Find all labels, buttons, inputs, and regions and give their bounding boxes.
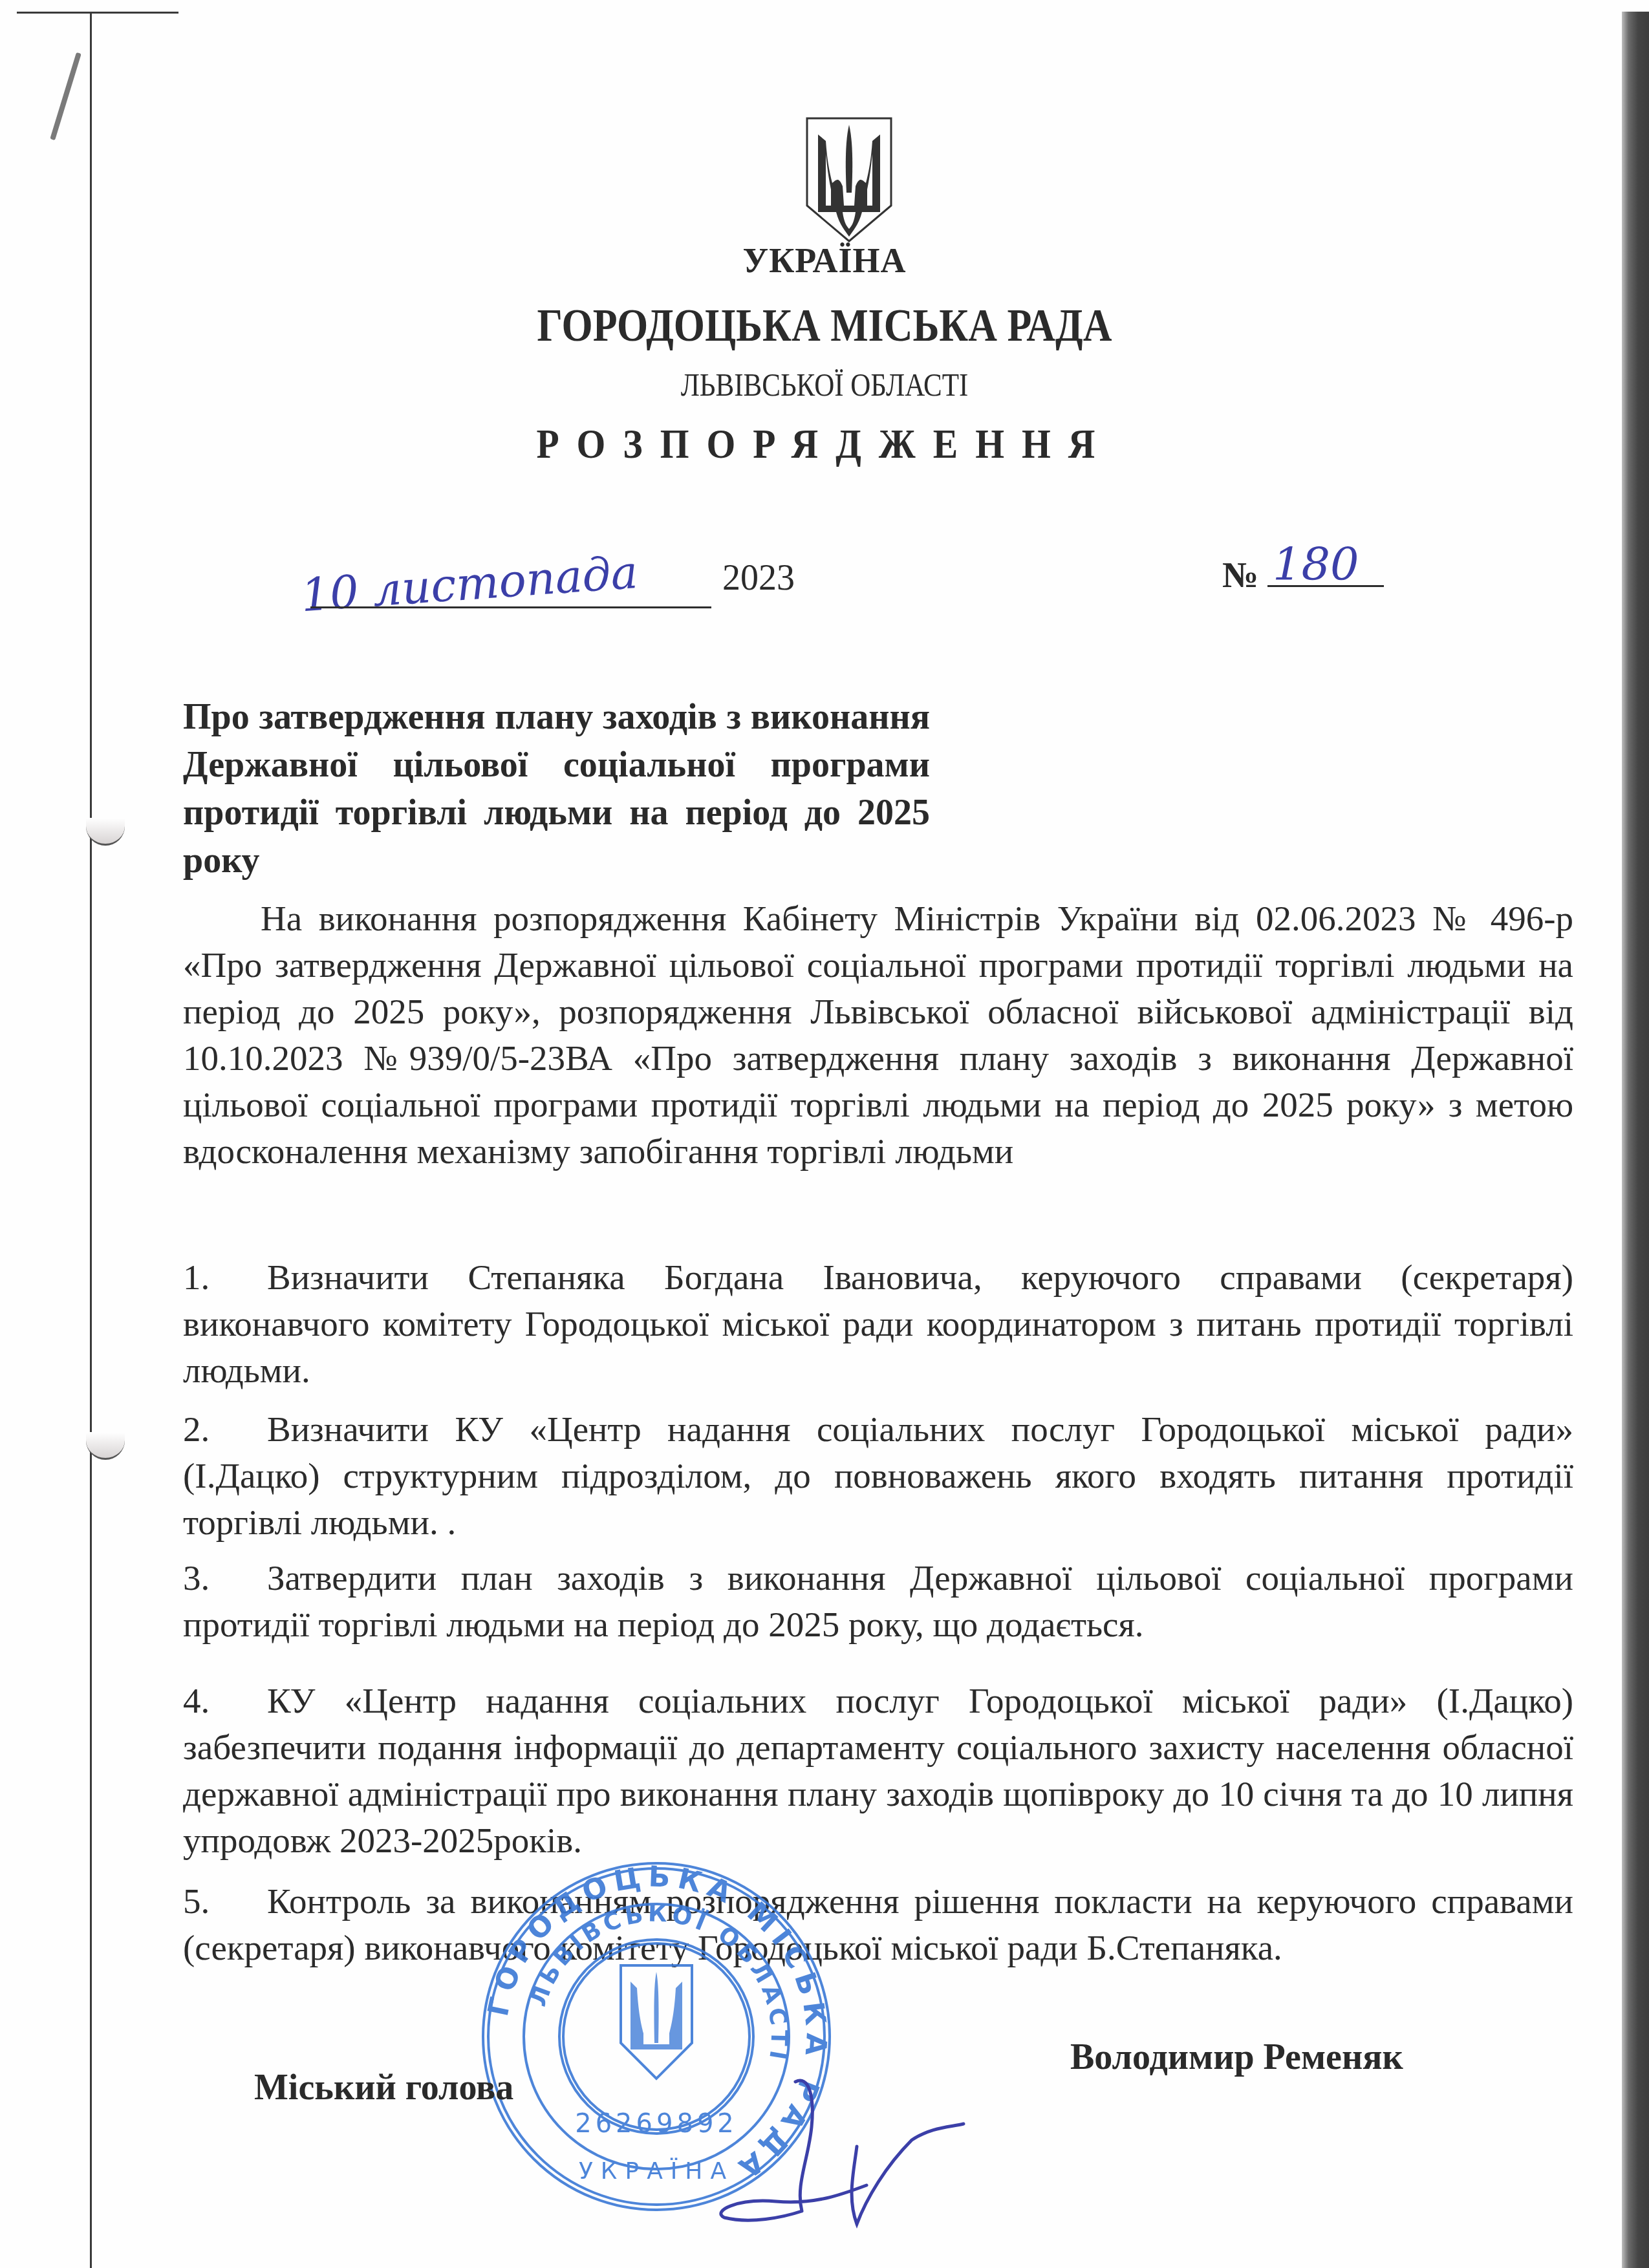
handwritten-signature <box>698 2056 970 2243</box>
order-item-1: 1.Визначити Степаняка Богдана Івановича,… <box>183 1254 1573 1394</box>
binder-margin-line <box>90 12 92 2268</box>
item-number: 4. <box>183 1678 267 1724</box>
document-subject: Про затвердження плану заходів з виконан… <box>183 693 930 884</box>
item-text: КУ «Центр надання соціальних послуг Горо… <box>183 1681 1573 1860</box>
order-item-5: 5.Контроль за виконанням розпорядження р… <box>183 1878 1573 1971</box>
signatory-name: Володимир Ременяк <box>1070 2037 1403 2078</box>
handwritten-date: 10 листопада <box>299 546 640 622</box>
preamble-paragraph: На виконання розпорядження Кабінету Міні… <box>183 895 1573 1175</box>
staple <box>50 52 81 140</box>
document-page: УКРАЇНА ГОРОДОЦЬКА МІСЬКА РАДА ЛЬВІВСЬКО… <box>0 0 1649 2268</box>
binder-top-line <box>17 12 178 14</box>
item-text: Затвердити план заходів з виконання Держ… <box>183 1558 1573 1644</box>
item-text: Визначити КУ «Центр надання соціальних п… <box>183 1409 1573 1542</box>
trident-coat-of-arms-icon <box>804 115 894 244</box>
handwritten-number: 180 <box>1273 538 1359 591</box>
scan-edge-shadow <box>1622 12 1649 2268</box>
region-heading: ЛЬВІВСЬКОЇ ОБЛАСТІ <box>116 366 1534 403</box>
country-heading: УКРАЇНА <box>0 241 1649 281</box>
signatory-role: Міський голова <box>254 2067 513 2108</box>
date-year: 2023 <box>722 557 795 599</box>
item-number: 5. <box>183 1878 267 1925</box>
item-number: 2. <box>183 1406 267 1453</box>
punch-hole-bottom <box>86 1432 125 1460</box>
order-item-2: 2.Визначити КУ «Центр надання соціальних… <box>183 1406 1573 1546</box>
number-label: № <box>1222 555 1258 596</box>
date-underline <box>310 606 711 608</box>
item-number: 3. <box>183 1555 267 1601</box>
number-underline <box>1267 585 1384 587</box>
punch-hole-top <box>86 818 125 846</box>
item-text: Контроль за виконанням розпорядження ріш… <box>183 1881 1573 1967</box>
item-number: 1. <box>183 1254 267 1301</box>
order-item-4: 4.КУ «Центр надання соціальних послуг Го… <box>183 1678 1573 1864</box>
order-item-3: 3.Затвердити план заходів з виконання Де… <box>183 1555 1573 1648</box>
item-text: Визначити Степаняка Богдана Івановича, к… <box>183 1257 1573 1390</box>
document-type-heading: РОЗПОРЯДЖЕННЯ <box>83 420 1567 468</box>
council-heading: ГОРОДОЦЬКА МІСЬКА РАДА <box>116 299 1534 352</box>
